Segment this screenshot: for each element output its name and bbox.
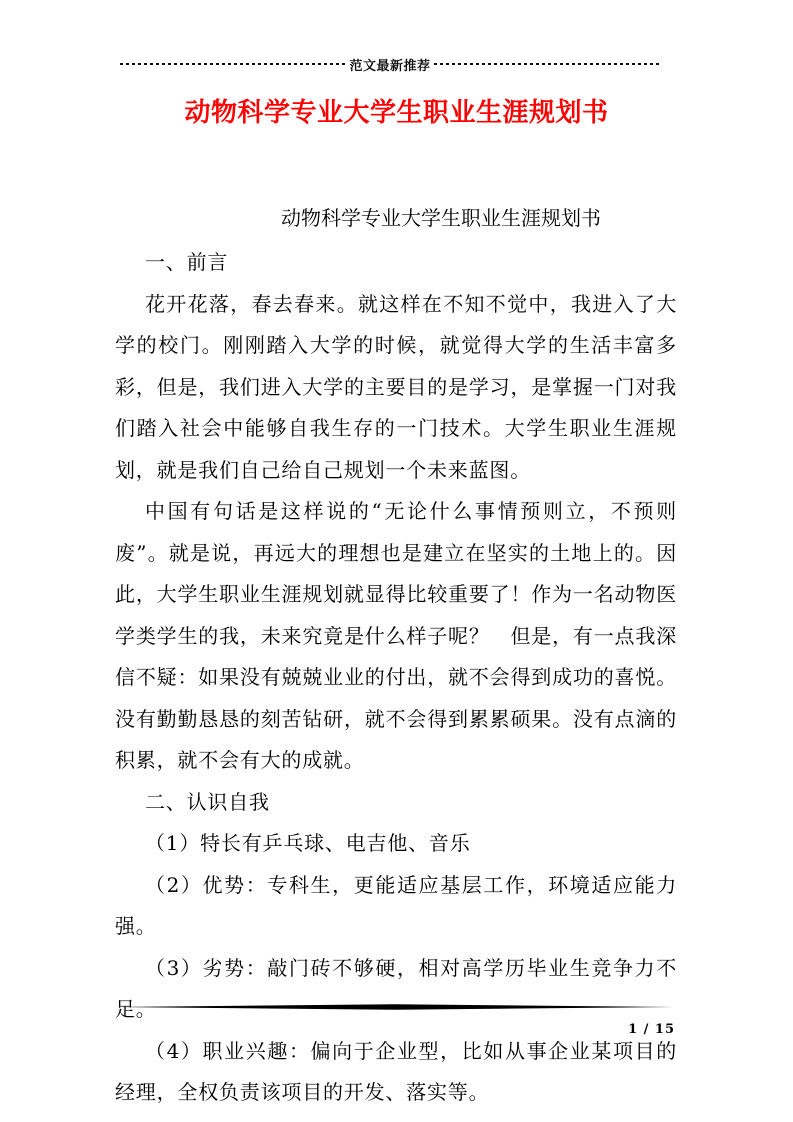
body-paragraph: （2）优势：专科生，更能适应基层工作，环境适应能力强。 bbox=[115, 865, 677, 948]
document-page: 范文最新推荐 动物科学专业大学生职业生涯规划书 动物科学专业大学生职业生涯规划书… bbox=[0, 0, 793, 1122]
body-paragraph: （1）特长有乒乓球、电吉他、音乐 bbox=[115, 823, 677, 865]
body-paragraph: 花开花落，春去春来。就这样在不知不觉中，我进入了大学的校门。刚刚踏入大学的时候，… bbox=[115, 284, 677, 492]
section-heading: 二、认识自我 bbox=[115, 782, 677, 824]
document-inner-title: 动物科学专业大学生职业生涯规划书 bbox=[115, 204, 677, 232]
dashed-rule-right bbox=[434, 63, 661, 65]
body-paragraph: 中国有句话是这样说的“无论什么事情预则立，不预则废”。就是说，再远大的理想也是建… bbox=[115, 491, 677, 782]
header-note-label: 范文最新推荐 bbox=[350, 55, 431, 74]
page-number: 1 / 15 bbox=[115, 1022, 675, 1037]
section-heading: 一、前言 bbox=[115, 242, 677, 284]
header-reference-rule: 范文最新推荐 bbox=[120, 55, 660, 73]
document-body: 一、前言花开花落，春去春来。就这样在不知不觉中，我进入了大学的校门。刚刚踏入大学… bbox=[115, 242, 677, 1114]
body-paragraph: （3）劣势：敲门砖不够硬，相对高学历毕业生竞争力不足。 bbox=[115, 948, 677, 1031]
footer-rule bbox=[117, 1004, 674, 1010]
main-title: 动物科学专业大学生职业生涯规划书 bbox=[0, 96, 793, 130]
dashed-rule-left bbox=[120, 63, 347, 65]
body-paragraph: （4）职业兴趣：偏向于企业型，比如从事企业某项目的经理，全权负责该项目的开发、落… bbox=[115, 1031, 677, 1114]
